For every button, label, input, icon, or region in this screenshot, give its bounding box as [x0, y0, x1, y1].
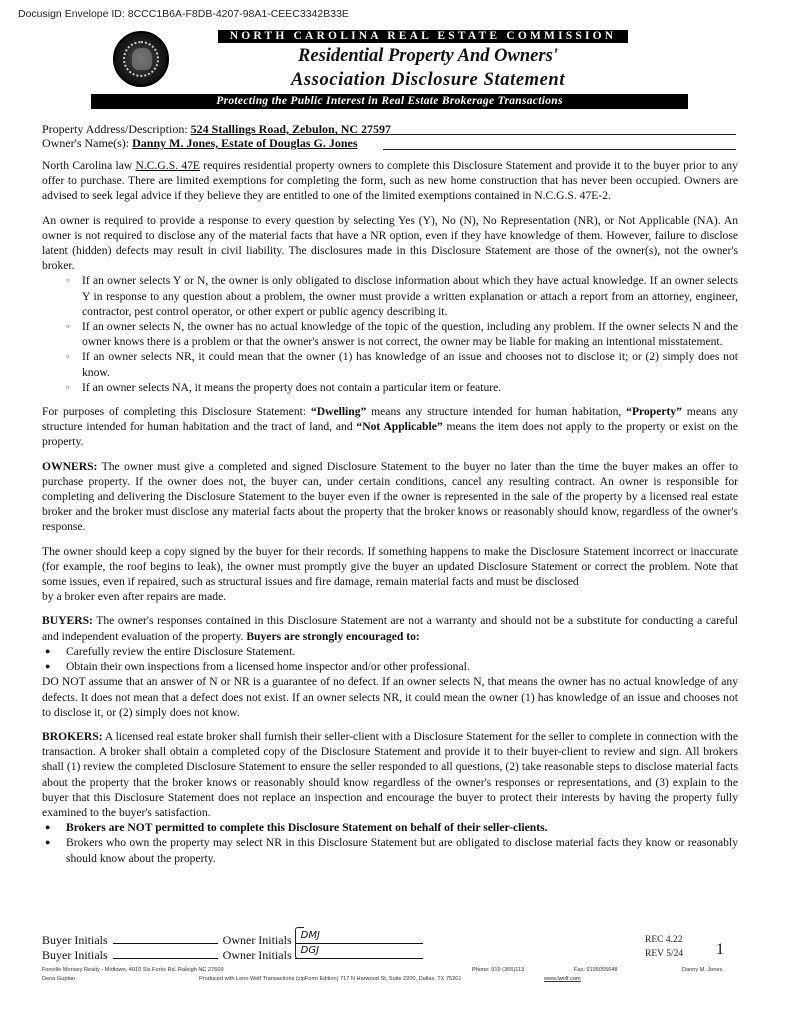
form-title-line2: Association Disclosure Statement [218, 70, 638, 91]
ncgs-47e-link[interactable]: N.C.G.S. 47E [136, 159, 200, 172]
buyers-warning: DO NOT assume that an answer of N or NR … [42, 674, 738, 720]
buyer-initials-field-2[interactable] [113, 947, 218, 959]
footer-fax: Fax: 9195055648 [574, 967, 618, 973]
footer-office: Fonville Morisey Realty - Midtown, 4010 … [42, 967, 224, 973]
definitions-text: means any structure intended for human h… [366, 405, 626, 418]
brokers-text: A licensed real estate broker shall furn… [42, 730, 738, 819]
form-title-line1: Residential Property And Owners' [218, 46, 638, 67]
owner-name-label: Owner's Name(s): [42, 136, 129, 151]
brokers-paragraph: BROKERS: A licensed real estate broker s… [42, 729, 738, 820]
definitions-paragraph: For purposes of completing this Disclosu… [42, 404, 738, 450]
owner-copy-text: The owner should keep a copy signed by t… [42, 545, 738, 588]
owners-text: The owner must give a completed and sign… [42, 460, 738, 534]
list-item: If an owner selects Y or N, the owner is… [82, 273, 738, 319]
owner-copy-paragraph: The owner should keep a copy signed by t… [42, 544, 738, 605]
owner-initials-signature-1: DMJ [301, 928, 320, 943]
footer: Fonville Morisey Realty - Midtown, 4010 … [42, 967, 742, 985]
footer-row-1: Fonville Morisey Realty - Midtown, 4010 … [42, 967, 742, 976]
owners-paragraph: OWNERS: The owner must give a completed … [42, 459, 738, 535]
list-item: If an owner selects NR, it could mean th… [82, 349, 738, 379]
owner-initials-label: Owner Initials [223, 933, 292, 947]
buyer-initials-label: Buyer Initials [42, 948, 108, 962]
list-item: Obtain their own inspections from a lice… [66, 659, 738, 674]
term-dwelling: “Dwelling” [311, 405, 366, 418]
commission-banner: NORTH CAROLINA REAL ESTATE COMMISSION [218, 30, 628, 43]
footer-produced: Produced with Lone Wolf Transactions (zi… [199, 976, 462, 982]
buyers-list: Carefully review the entire Disclosure S… [42, 644, 738, 674]
docusign-envelope-id: Docusign Envelope ID: 8CCC1B6A-F8DB-4207… [18, 8, 349, 20]
initials-block: Buyer Initials Owner Initials DMJ Buyer … [42, 931, 423, 961]
definitions-text: For purposes of completing this Disclosu… [42, 405, 311, 418]
intro-paragraph: North Carolina law N.C.G.S. 47E requires… [42, 158, 738, 204]
list-item: Brokers who own the property may select … [66, 835, 738, 865]
brokers-heading: BROKERS: [42, 730, 103, 743]
property-address-line [300, 134, 736, 135]
footer-phone: Phone: 919 (366)113 [472, 967, 524, 973]
list-item: Brokers are NOT permitted to complete th… [66, 820, 738, 835]
buyers-paragraph: BUYERS: The owner's responses contained … [42, 613, 738, 643]
page-number: 1 [716, 941, 724, 959]
list-item: If an owner selects NA, it means the pro… [82, 380, 738, 395]
owner-initials-field-2[interactable]: DGJ [295, 946, 423, 959]
owner-copy-text-cont: by a broker even after repairs are made. [42, 590, 226, 603]
owner-initials-signature-2: DGJ [301, 943, 319, 958]
list-item: Carefully review the entire Disclosure S… [66, 644, 738, 659]
owner-name-row: Owner's Name(s): Danny M. Jones, Estate … [42, 136, 358, 151]
owners-heading: OWNERS: [42, 460, 97, 473]
response-paragraph: An owner is required to provide a respon… [42, 213, 738, 274]
footer-client: Danny M. Jones [682, 967, 722, 973]
intro-text: North Carolina law [42, 159, 136, 172]
initials-row-1: Buyer Initials Owner Initials DMJ [42, 931, 423, 946]
tagline-banner: Protecting the Public Interest in Real E… [91, 94, 688, 109]
term-property: “Property” [626, 405, 682, 418]
initials-row-2: Buyer Initials Owner Initials DGJ [42, 946, 423, 961]
footer-website-link[interactable]: www.lwolf.com [544, 976, 581, 982]
owner-name-line [383, 149, 736, 150]
rec-code: REC 4.22 [645, 933, 683, 947]
nc-state-seal-icon [113, 31, 169, 87]
owner-name-value[interactable]: Danny M. Jones, Estate of Douglas G. Jon… [132, 136, 357, 150]
owner-initials-label: Owner Initials [223, 948, 292, 962]
list-item: If an owner selects N, the owner has no … [82, 319, 738, 349]
buyer-initials-label: Buyer Initials [42, 933, 108, 947]
response-options-list: If an owner selects Y or N, the owner is… [42, 273, 738, 395]
footer-agent: Dena Gupton [42, 976, 75, 982]
term-not-applicable: “Not Applicable” [356, 420, 442, 433]
revision-info: REC 4.22 REV 5/24 [645, 933, 683, 961]
document-body: North Carolina law N.C.G.S. 47E requires… [42, 158, 738, 866]
property-address-label: Property Address/Description: [42, 122, 188, 137]
buyer-initials-field-1[interactable] [113, 932, 218, 944]
buyers-emphasis: Buyers are strongly encouraged to: [246, 630, 419, 643]
footer-row-2: Dena Gupton Produced with Lone Wolf Tran… [42, 976, 742, 985]
rev-code: REV 5/24 [645, 947, 683, 961]
brokers-bullet-bold: Brokers are NOT permitted to complete th… [66, 821, 548, 834]
buyers-heading: BUYERS: [42, 614, 93, 627]
brokers-list: Brokers are NOT permitted to complete th… [42, 820, 738, 866]
